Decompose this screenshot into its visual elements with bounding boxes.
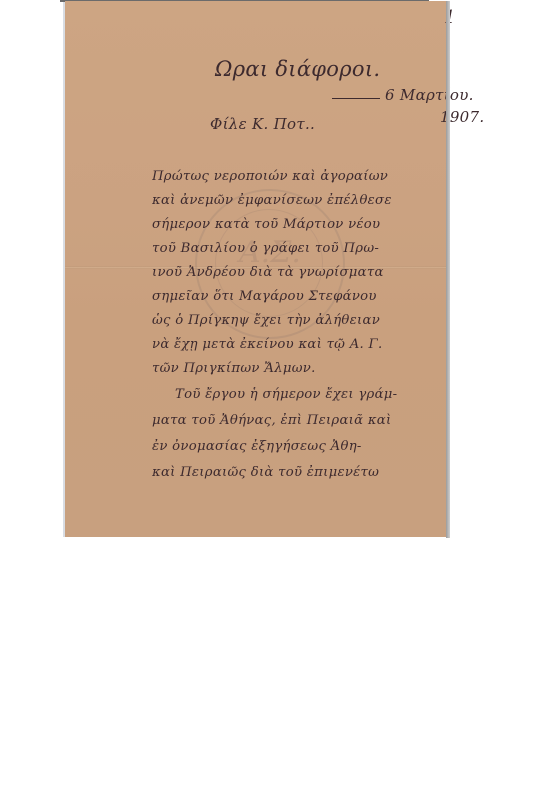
date-dash (332, 98, 380, 99)
body-line: ὡς ὁ Πρίγκηψ ἔχει τὴν ἀλήθειαν (152, 313, 507, 328)
body-line: καὶ ἀνεμῶν ἐμφανίσεων ἐπέλθεσε (152, 193, 507, 208)
body-line: καὶ Πειραιῶς διὰ τοῦ ἐπιμενέτω (152, 465, 507, 480)
body-line: νὰ ἔχῃ μετὰ ἐκείνου καὶ τῷ Α. Γ. (152, 337, 507, 352)
letter-heading: Ωραι διάφοροι. (215, 57, 380, 81)
body-line: τῶν Πριγκίπων Ἄλμων. (152, 361, 507, 376)
body-line: τοῦ Βασιλίου ὁ γράφει τοῦ Πρω- (152, 241, 507, 256)
body-line: σήμερον κατὰ τοῦ Μάρτιον νέου (152, 217, 507, 232)
body-line: ματα τοῦ Ἀθήνας, ἐπὶ Πειραιᾶ καὶ (152, 413, 507, 428)
letter-date: 6 Μαρτίου. (385, 86, 474, 104)
body-line: Πρώτως νεροποιών καὶ ἀγοραίων (152, 169, 507, 184)
body-line: ινοῦ Ἀνδρέου διὰ τὰ γνωρίσματα (152, 265, 507, 280)
letter-salutation: Φίλε Κ. Ποτ.. (210, 115, 315, 133)
body-line: ἐν ὀνομασίας ἐξηγήσεως Ἀθη- (152, 439, 507, 454)
body-line: Τοῦ ἔργου ἡ σήμερον ἔχει γράμ- (175, 387, 507, 402)
scan-right-shadow (446, 1, 450, 538)
letter-page: Α.Σ. 1 Ωραι διάφοροι. 6 Μαρτίου. 1907. Φ… (65, 1, 447, 537)
body-line: σημεῖαν ὅτι Μαγάρου Στεφάνου (152, 289, 507, 304)
